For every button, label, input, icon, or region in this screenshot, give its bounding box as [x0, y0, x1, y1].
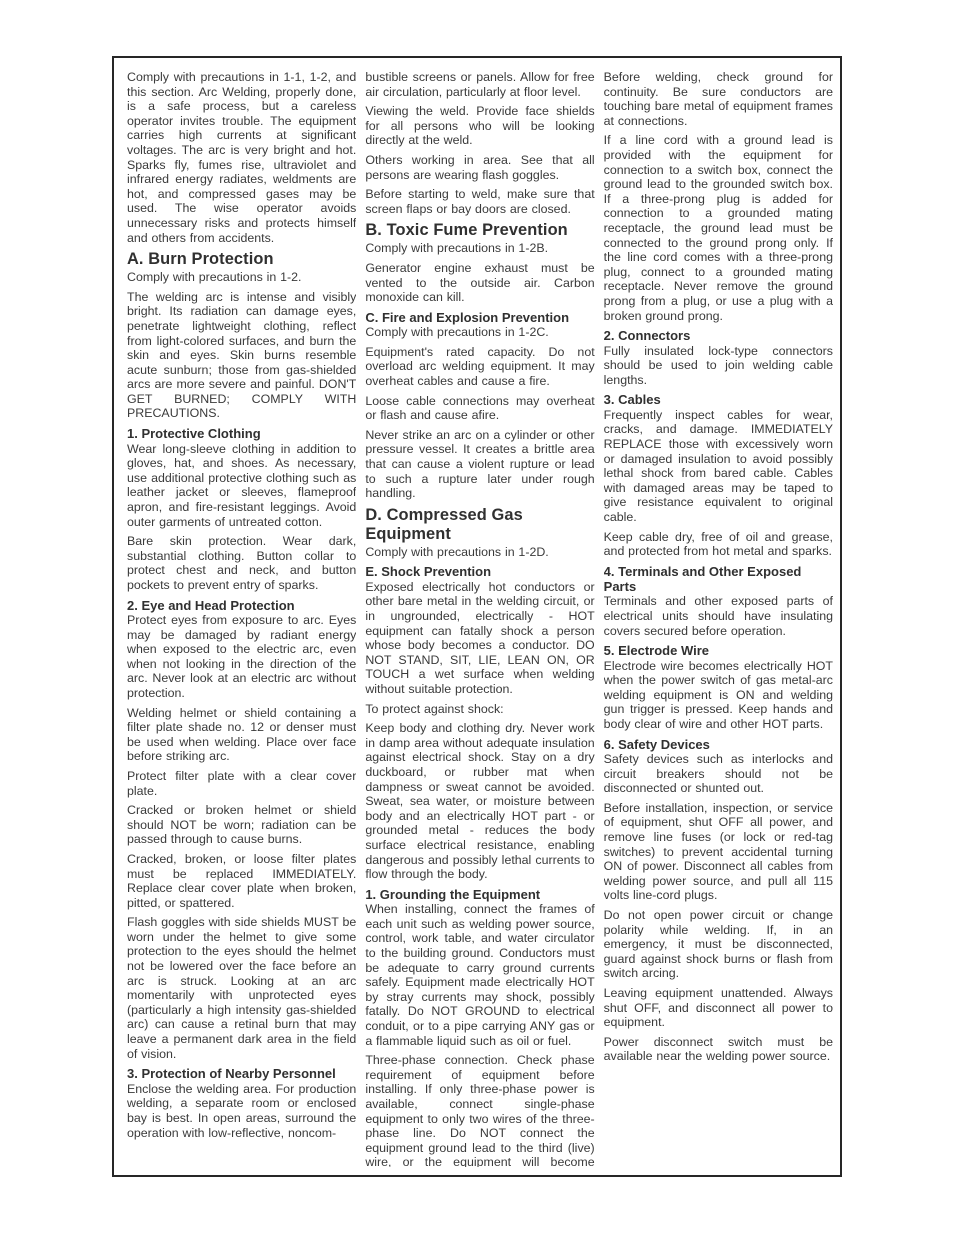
subsection-heading: 2. Eye and Head Protection	[127, 598, 356, 613]
paragraph: Electrode wire becomes electrically HOT …	[604, 659, 833, 732]
column-1: Comply with precautions in 1-1, 1-2, and…	[127, 70, 356, 1167]
paragraph: Protect eyes from exposure to arc. Eyes …	[127, 613, 356, 701]
section-heading: B. Toxic Fume Prevention	[365, 221, 594, 240]
subsection-heading: 5. Electrode Wire	[604, 643, 833, 658]
paragraph: Keep body and clothing dry. Never work i…	[365, 721, 594, 882]
paragraph: The welding arc is intense and visibly b…	[127, 290, 356, 421]
subsection-heading: 2. Connectors	[604, 328, 833, 343]
subsection-heading: 6. Safety Devices	[604, 737, 833, 752]
paragraph: Generator engine exhaust must be vented …	[365, 261, 594, 305]
subsection-heading: 3. Cables	[604, 392, 833, 407]
paragraph: Wear long-sleeve clothing in addition to…	[127, 442, 356, 530]
subsection-heading: C. Fire and Explosion Prevention	[365, 310, 594, 325]
subsection-heading: 1. Grounding the Equipment	[365, 887, 594, 902]
paragraph: If a line cord with a ground lead is pro…	[604, 133, 833, 323]
paragraph: Comply with precautions in 1-2C.	[365, 325, 594, 340]
paragraph: Cracked or broken helmet or shield shoul…	[127, 803, 356, 847]
paragraph: Comply with precautions in 1-1, 1-2, and…	[127, 70, 356, 245]
paragraph: Three-phase connection. Check phase requ…	[365, 1053, 594, 1167]
paragraph: Leaving equipment unattended. Always shu…	[604, 986, 833, 1030]
paragraph: Safety devices such as interlocks and ci…	[604, 752, 833, 796]
column-3: Before welding, check ground for continu…	[604, 70, 833, 1167]
subsection-heading: E. Shock Prevention	[365, 564, 594, 579]
subsection-heading: 3. Protection of Nearby Personnel	[127, 1066, 356, 1081]
paragraph: Before welding, check ground for continu…	[604, 70, 833, 128]
paragraph: Cracked, broken, or loose filter plates …	[127, 852, 356, 910]
paragraph: Flash goggles with side shields MUST be …	[127, 915, 356, 1061]
paragraph: Bare skin protection. Wear dark, substan…	[127, 534, 356, 592]
manual-page: Comply with precautions in 1-1, 1-2, and…	[0, 0, 954, 1235]
paragraph: Welding helmet or shield containing a fi…	[127, 706, 356, 764]
paragraph: Do not open power circuit or change pola…	[604, 908, 833, 981]
paragraph: Enclose the welding area. For production…	[127, 1082, 356, 1140]
paragraph: Frequently inspect cables for wear, crac…	[604, 408, 833, 525]
paragraph: Fully insulated lock-type connectors sho…	[604, 344, 833, 388]
column-2: bustible screens or panels. Allow for fr…	[365, 70, 594, 1167]
content-frame: Comply with precautions in 1-1, 1-2, and…	[112, 56, 842, 1177]
paragraph: When installing, connect the frames of e…	[365, 902, 594, 1048]
paragraph: Terminals and other exposed parts of ele…	[604, 594, 833, 638]
paragraph: Before starting to weld, make sure that …	[365, 187, 594, 216]
paragraph: Comply with precautions in 1-2D.	[365, 545, 594, 560]
paragraph: Loose cable connections may overheat or …	[365, 394, 594, 423]
paragraph: bustible screens or panels. Allow for fr…	[365, 70, 594, 99]
paragraph: Keep cable dry, free of oil and grease, …	[604, 530, 833, 559]
paragraph: Comply with precautions in 1-2B.	[365, 241, 594, 256]
paragraph: Power disconnect switch must be availabl…	[604, 1035, 833, 1064]
paragraph: Equipment's rated capacity. Do not overl…	[365, 345, 594, 389]
subsection-heading: 1. Protective Clothing	[127, 426, 356, 441]
paragraph: Protect filter plate with a clear cover …	[127, 769, 356, 798]
paragraph: Viewing the weld. Provide face shields f…	[365, 104, 594, 148]
paragraph: Others working in area. See that all per…	[365, 153, 594, 182]
paragraph: To protect against shock:	[365, 702, 594, 717]
paragraph: Never strike an arc on a cylinder or oth…	[365, 428, 594, 501]
section-heading: A. Burn Protection	[127, 250, 356, 269]
section-heading: D. Compressed Gas Equipment	[365, 506, 594, 544]
paragraph: Before installation, inspection, or serv…	[604, 801, 833, 903]
paragraph: Exposed electrically hot conductors or o…	[365, 580, 594, 697]
paragraph: Comply with precautions in 1-2.	[127, 270, 356, 285]
subsection-heading: 4. Terminals and Other Exposed Parts	[604, 564, 833, 594]
